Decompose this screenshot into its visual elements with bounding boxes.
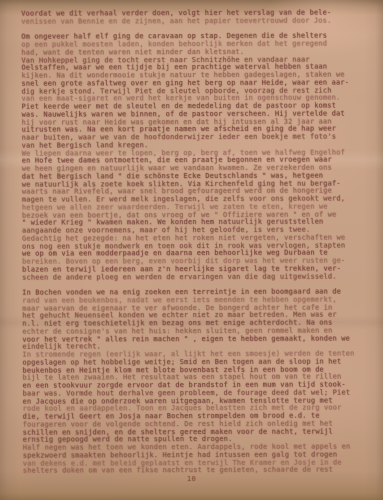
text-line: echter de consigne's van het huis: hekke… bbox=[22, 327, 373, 336]
text-line: kijken. Na dit wondermooie stukje natuur… bbox=[21, 71, 372, 80]
text-line: bijl te laten zwaaien. Het resultaat was… bbox=[22, 374, 373, 383]
text-line: opgeslagen op het hobbelige weitje; Smid… bbox=[22, 358, 373, 367]
scanned-paper-page: Voordat we dit verhaal verder doen, volg… bbox=[0, 0, 383, 500]
text-line: We liepen daarna weer te lopen, berg op,… bbox=[22, 149, 373, 158]
page-number: 10 bbox=[0, 474, 383, 483]
text-line: hij voor rust naar Heide was gekomen en … bbox=[22, 118, 373, 127]
text-line: fourageren voor de volgende ochtend. De … bbox=[23, 420, 374, 429]
text-line: venissen van Bennie en de zijnen, aan he… bbox=[21, 17, 372, 26]
text-line: ons nog een stukje mondwerk en toen ook … bbox=[22, 242, 373, 251]
text-line: rode kool en aardappelen. Toon en Jacque… bbox=[23, 405, 374, 414]
paragraph: Voordat we dit verhaal verder doen, volg… bbox=[21, 9, 372, 26]
paragraph: Om ongeveer half elf ging de caravaan op… bbox=[21, 33, 373, 282]
typewritten-text: Voordat we dit verhaal verder doen, volg… bbox=[21, 9, 374, 475]
paragraph: In Bochen vonden we na enig zoeken een t… bbox=[22, 288, 374, 475]
text-line: we heen gingen en natuurlijk waar we van… bbox=[22, 164, 373, 173]
text-line: scheen de andere ploeg en werden de erva… bbox=[22, 273, 373, 282]
text-line: bereiken. Boven op een berg, even voorbi… bbox=[22, 257, 373, 266]
text-line: Piet keerde weer met de sleutel en de me… bbox=[22, 102, 373, 111]
